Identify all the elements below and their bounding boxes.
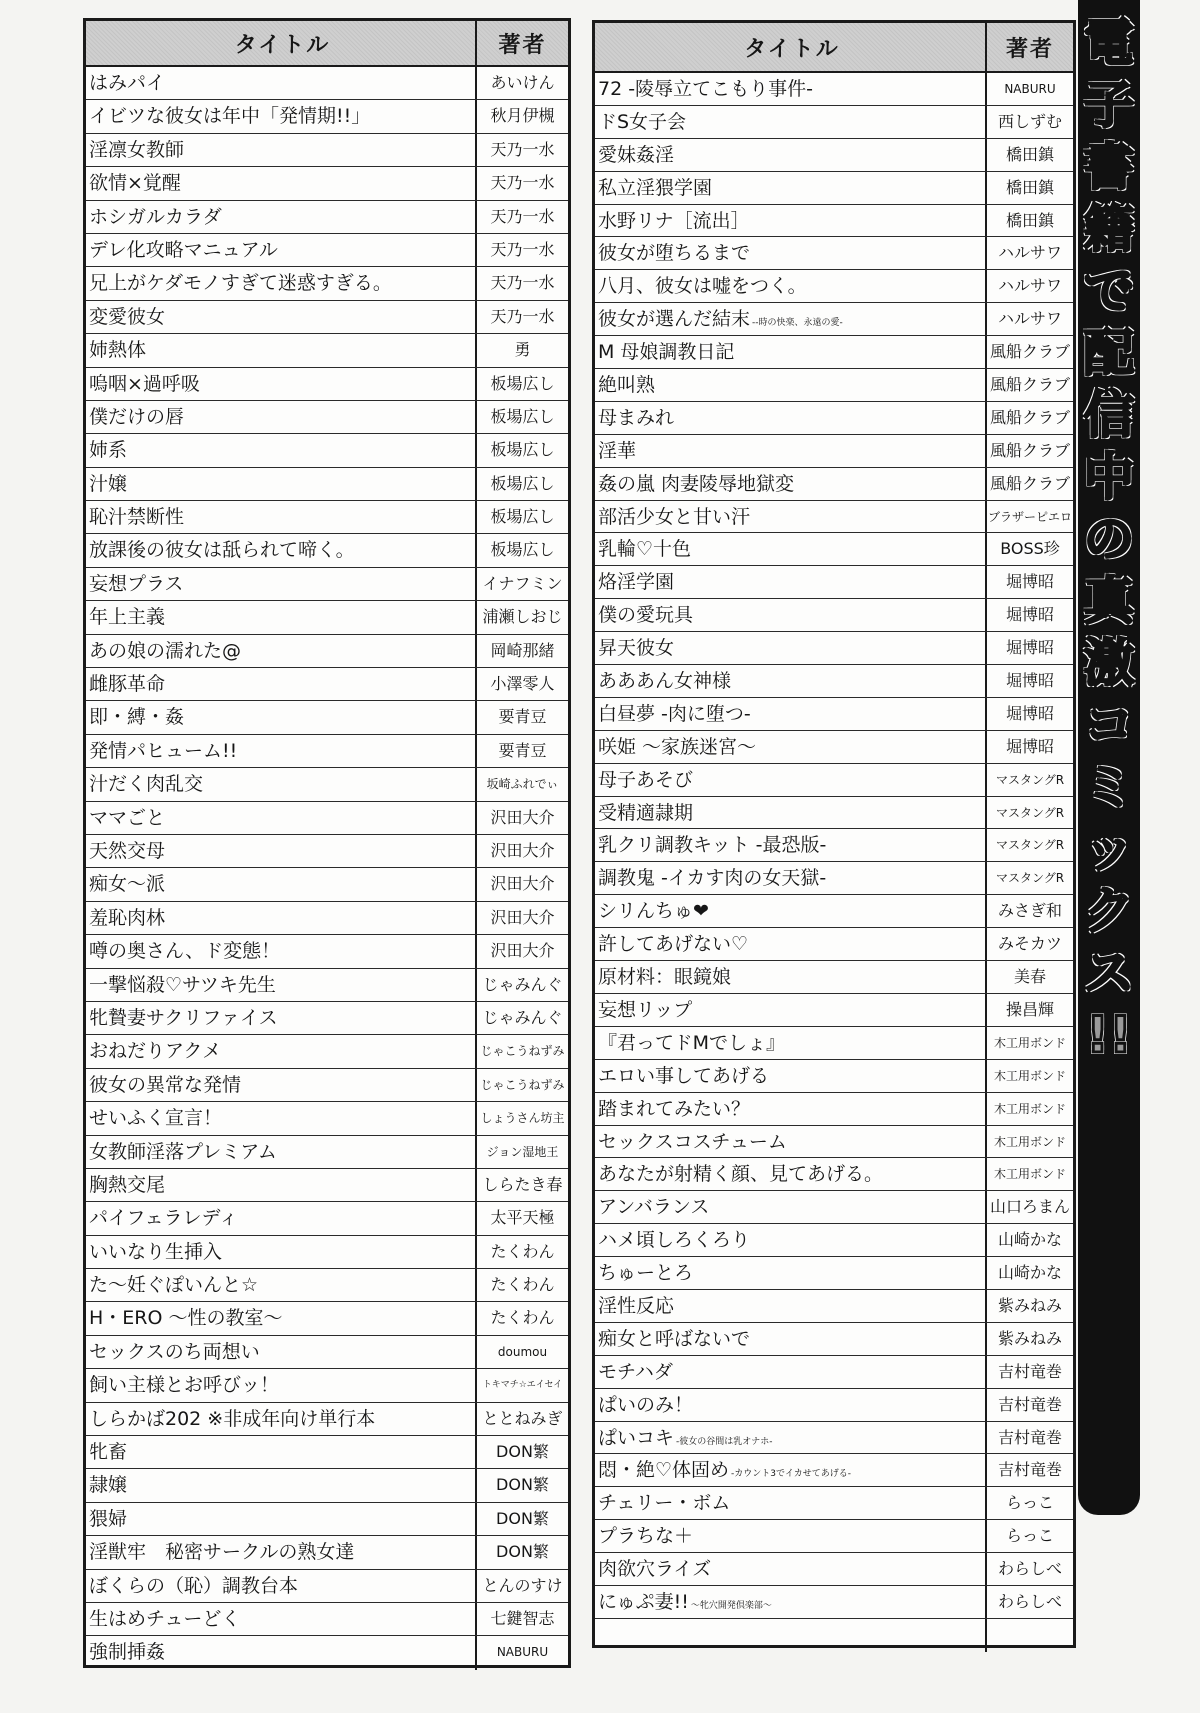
author-cell: NABURU xyxy=(475,1636,568,1669)
author-cell: ハルサワ xyxy=(985,237,1073,269)
author-cell: 吉村竜巻 xyxy=(985,1356,1073,1388)
title-cell: 牝贄妻サクリファイス xyxy=(86,1002,475,1034)
author-cell: しょうさん坊主 xyxy=(475,1102,568,1134)
title-text: 白昼夢 -肉に堕つ- xyxy=(598,703,751,725)
table-row: 原材料：眼鏡娘美春 xyxy=(595,961,1073,994)
author-cell: 山崎かな xyxy=(985,1257,1073,1289)
title-cell: シリんちゅ❤ xyxy=(595,895,985,927)
table-row: 許してあげない♡みそカツ xyxy=(595,928,1073,961)
table-row: せいふく宣言！しょうさん坊主 xyxy=(86,1102,568,1135)
title-cell: 彼女が選んだ結末--時の快楽、永遠の愛- xyxy=(595,303,985,335)
title-list-table-left: タイトル 著者 はみパイあいけんイビツな彼女は年中「発情期!!」秋月伊槻淫凛女教… xyxy=(83,18,571,1668)
table-row: プラちな＋らっこ xyxy=(595,1520,1073,1553)
title-cell: 発情パヒューム!! xyxy=(86,735,475,767)
title-cell: 痴女～派 xyxy=(86,868,475,900)
title-cell: チェリー・ボム xyxy=(595,1487,985,1519)
title-cell: おねだりアクメ xyxy=(86,1035,475,1067)
title-text: はみパイ xyxy=(89,72,165,94)
table-row: 僕の愛玩具堀博昭 xyxy=(595,599,1073,632)
table-row: 牝贄妻サクリファイスじゃみんぐ xyxy=(86,1002,568,1035)
title-text: 妄想プラス xyxy=(89,573,183,595)
author-cell: 山口ろまん xyxy=(985,1191,1073,1223)
title-text: モチハダ xyxy=(598,1361,673,1383)
table-row xyxy=(595,1619,1073,1652)
author-cell: ととねみぎ xyxy=(475,1403,568,1435)
table-row: 淫凛女教師天乃一水 xyxy=(86,134,568,167)
table-row: にゅぷ妻!!～牝穴開発倶楽部～わらしべ xyxy=(595,1586,1073,1619)
author-cell: 七鍵智志 xyxy=(475,1603,568,1635)
title-text: いいなり生挿入 xyxy=(89,1241,222,1263)
author-cell: トキマチ☆エイセイ xyxy=(475,1369,568,1401)
title-text: ぼくらの（恥）調教台本 xyxy=(89,1575,298,1597)
table-row: 部活少女と甘い汗ブラザーピエロ xyxy=(595,501,1073,534)
title-text: 姉熱体 xyxy=(89,339,146,361)
table-row: 痴女～派沢田大介 xyxy=(86,868,568,901)
title-cell: 姦の嵐 肉妻陵辱地獄変 xyxy=(595,468,985,500)
title-text: ドS女子会 xyxy=(598,111,686,133)
title-text: 八月、彼女は嘘をつく。 xyxy=(598,275,807,297)
title-cell: 『君ってドMでしょ』 xyxy=(595,1027,985,1059)
title-cell: 強制挿姦 xyxy=(86,1636,475,1669)
title-text: セックスコスチューム xyxy=(598,1131,787,1153)
author-cell: 沢田大介 xyxy=(475,935,568,967)
table-row: 姉熱体勇 xyxy=(86,334,568,367)
title-cell: モチハダ xyxy=(595,1356,985,1388)
title-cell: 部活少女と甘い汗 xyxy=(595,501,985,533)
title-cell: セックスのち両想い xyxy=(86,1336,475,1368)
title-text: 許してあげない♡ xyxy=(598,933,748,955)
table-row: 飼い主様とお呼びッ！トキマチ☆エイセイ xyxy=(86,1369,568,1402)
table-row: 彼女が堕ちるまでハルサワ xyxy=(595,237,1073,270)
author-cell: 板場広し xyxy=(475,534,568,566)
author-cell: 橋田鎮 xyxy=(985,172,1073,204)
title-text: 放課後の彼女は舐られて啼く。 xyxy=(89,539,355,561)
title-cell: ぱいコキ-彼女の谷間は乳オナホ- xyxy=(595,1422,985,1454)
title-cell xyxy=(595,1619,985,1652)
title-cell: 胸熱交尾 xyxy=(86,1169,475,1201)
author-cell: 山崎かな xyxy=(985,1224,1073,1256)
title-cell: あなたが射精く顔、見てあげる。 xyxy=(595,1158,985,1190)
table-row: 雌豚革命小澤零人 xyxy=(86,668,568,701)
table-row: セックスコスチューム木工用ボンド xyxy=(595,1126,1073,1159)
title-text: イビツな彼女は年中「発情期!!」 xyxy=(89,105,370,127)
table-row: 一撃悩殺♡サツキ先生じゃみんぐ xyxy=(86,969,568,1002)
title-cell: あああん女神様 xyxy=(595,665,985,697)
title-text: 痴女と呼ばないで xyxy=(598,1328,750,1350)
title-text: 猥婦 xyxy=(89,1508,127,1530)
title-text: 悶・絶♡体固め xyxy=(598,1459,729,1481)
title-text: 淫華 xyxy=(598,440,636,462)
title-cell: にゅぷ妻!!～牝穴開発倶楽部～ xyxy=(595,1586,985,1618)
title-text: 乳クリ調教キット -最恐版- xyxy=(598,834,826,856)
author-cell: 操昌輝 xyxy=(985,994,1073,1026)
author-cell: 天乃一水 xyxy=(475,134,568,166)
title-text: 天然交母 xyxy=(89,840,165,862)
title-cell: ぼくらの（恥）調教台本 xyxy=(86,1570,475,1602)
author-cell: 美春 xyxy=(985,961,1073,993)
title-text: 淫凛女教師 xyxy=(89,139,184,161)
table-row: シリんちゅ❤みさぎ和 xyxy=(595,895,1073,928)
title-text: 部活少女と甘い汗 xyxy=(598,506,750,528)
title-cell: 原材料：眼鏡娘 xyxy=(595,961,985,993)
title-cell: しらかば202 ※非成年向け単行本 xyxy=(86,1403,475,1435)
table-row: ママごと沢田大介 xyxy=(86,802,568,835)
author-cell: じゃみんぐ xyxy=(475,1002,568,1034)
table-row: 淫獣牢 秘密サークルの熟女達DON繁 xyxy=(86,1536,568,1569)
table-row: あの娘の濡れた@岡崎那緒 xyxy=(86,635,568,668)
title-text: 受精適隷期 xyxy=(598,802,693,824)
author-cell: DON繁 xyxy=(475,1503,568,1535)
table-row: 胸熱交尾しらたき春 xyxy=(86,1169,568,1202)
table-row: ちゅーとろ山崎かな xyxy=(595,1257,1073,1290)
table-row: 姦の嵐 肉妻陵辱地獄変風船クラブ xyxy=(595,468,1073,501)
author-cell: 橋田鎮 xyxy=(985,139,1073,171)
author-cell: 木工用ボンド xyxy=(985,1126,1073,1158)
author-cell: ブラザーピエロ xyxy=(985,501,1073,533)
title-text: 兄上がケダモノすぎて迷惑すぎる。 xyxy=(89,272,392,294)
title-cell: 兄上がケダモノすぎて迷惑すぎる。 xyxy=(86,267,475,299)
author-cell: マスタングR xyxy=(985,862,1073,894)
title-text: デレ化攻略マニュアル xyxy=(89,239,278,261)
title-text: 僕の愛玩具 xyxy=(598,604,693,626)
title-cell: 踏まれてみたい？ xyxy=(595,1093,985,1125)
author-cell: 紫みねみ xyxy=(985,1323,1073,1355)
table-row: 八月、彼女は嘘をつく。ハルサワ xyxy=(595,270,1073,303)
title-text: 牝贄妻サクリファイス xyxy=(89,1007,278,1029)
subtitle-text: --時の快楽、永遠の愛- xyxy=(752,318,843,328)
author-cell: 堀博昭 xyxy=(985,599,1073,631)
author-cell: 沢田大介 xyxy=(475,868,568,900)
table-row: 痴女と呼ばないで紫みねみ xyxy=(595,1323,1073,1356)
author-cell: 秋月伊槻 xyxy=(475,100,568,132)
banner-glyph: コ xyxy=(1084,698,1134,756)
author-cell: 板場広し xyxy=(475,501,568,533)
title-text: 一撃悩殺♡サツキ先生 xyxy=(89,974,276,996)
title-cell: 汁嬢 xyxy=(86,468,475,500)
title-cell: アンバランス xyxy=(595,1191,985,1223)
author-cell: みさぎ和 xyxy=(985,895,1073,927)
title-cell: 猥婦 xyxy=(86,1503,475,1535)
column-header-author: 著者 xyxy=(475,21,568,65)
table-row: 姉系板場広し xyxy=(86,434,568,467)
author-cell: らっこ xyxy=(985,1520,1073,1552)
title-text: 絶叫熟 xyxy=(598,374,655,396)
banner-glyph: 真 xyxy=(1084,574,1134,632)
author-cell: 西しずむ xyxy=(985,106,1073,138)
table-row: モチハダ吉村竜巻 xyxy=(595,1356,1073,1389)
title-text: ちゅーとろ xyxy=(598,1262,693,1284)
title-cell: 許してあげない♡ xyxy=(595,928,985,960)
column-header-title: タイトル xyxy=(86,21,475,65)
author-cell: 天乃一水 xyxy=(475,234,568,266)
title-text: 愛妹姦淫 xyxy=(598,144,674,166)
author-cell: 浦瀬しおじ xyxy=(475,601,568,633)
title-cell: 汁だく肉乱交 xyxy=(86,768,475,800)
author-cell: 木工用ボンド xyxy=(985,1027,1073,1059)
author-cell: ジョン湿地王 xyxy=(475,1136,568,1168)
title-text: ハメ頃しろくろり xyxy=(598,1229,750,1251)
title-cell: 一撃悩殺♡サツキ先生 xyxy=(86,969,475,1001)
author-cell: 沢田大介 xyxy=(475,802,568,834)
title-cell: 母子あそび xyxy=(595,764,985,796)
table-row: 烙淫学園堀博昭 xyxy=(595,566,1073,599)
title-text: 肉欲穴ライズ xyxy=(598,1558,711,1580)
banner-glyph: 子 xyxy=(1084,78,1134,136)
author-cell: たくわん xyxy=(475,1269,568,1301)
title-text: パイフェラレディ xyxy=(89,1207,238,1229)
table-row: ホシガルカラダ天乃一水 xyxy=(86,201,568,234)
subtitle-text: -カウント3でイカせてあげる- xyxy=(731,1469,851,1479)
table-row: 水野リナ［流出］橋田鎮 xyxy=(595,205,1073,238)
banner-glyph: 信 xyxy=(1084,388,1134,446)
title-cell: M 母娘調教日記 xyxy=(595,336,985,368)
author-cell: 木工用ボンド xyxy=(985,1158,1073,1190)
banner-glyph: 書 xyxy=(1084,140,1134,198)
author-cell: イナフミン xyxy=(475,568,568,600)
author-cell: 木工用ボンド xyxy=(985,1093,1073,1125)
title-cell: 欲情×覚醒 xyxy=(86,167,475,199)
banner-glyph: ミ xyxy=(1084,760,1134,818)
title-text: プラちな＋ xyxy=(598,1525,693,1547)
table-row: 牝畜DON繁 xyxy=(86,1436,568,1469)
title-cell: エロい事してあげる xyxy=(595,1060,985,1092)
table-row: デレ化攻略マニュアル天乃一水 xyxy=(86,234,568,267)
title-text: 妄想リップ xyxy=(598,999,692,1021)
table-row: 72 -陵辱立てこもり事件-NABURU xyxy=(595,73,1073,106)
author-cell: 風船クラブ xyxy=(985,336,1073,368)
table-row: チェリー・ボムらっこ xyxy=(595,1487,1073,1520)
table-row: ぱいのみ！吉村竜巻 xyxy=(595,1389,1073,1422)
title-text: 欲情×覚醒 xyxy=(89,172,181,194)
title-text: 原材料：眼鏡娘 xyxy=(598,966,731,988)
author-cell: doumou xyxy=(475,1336,568,1368)
title-cell: ママごと xyxy=(86,802,475,834)
table-row: 妄想リップ操昌輝 xyxy=(595,994,1073,1027)
title-cell: 受精適隷期 xyxy=(595,797,985,829)
table-row: ぱいコキ-彼女の谷間は乳オナホ-吉村竜巻 xyxy=(595,1422,1073,1455)
title-text: 彼女の異常な発情 xyxy=(89,1074,241,1096)
title-text: ぱいコキ xyxy=(598,1427,674,1449)
title-text: ぱいのみ！ xyxy=(598,1394,693,1416)
title-text: ホシガルカラダ xyxy=(89,206,222,228)
table-row: 母まみれ風船クラブ xyxy=(595,402,1073,435)
author-cell: 要青豆 xyxy=(475,701,568,733)
author-cell: 堀博昭 xyxy=(985,632,1073,664)
table-row: 『君ってドMでしょ』木工用ボンド xyxy=(595,1027,1073,1060)
title-text: 噂の奥さん、ド変態！ xyxy=(89,940,280,962)
author-cell: 要青豆 xyxy=(475,735,568,767)
title-text: 牝畜 xyxy=(89,1441,127,1463)
author-cell: 天乃一水 xyxy=(475,267,568,299)
title-text: た～妊ぐぽいんと☆ xyxy=(89,1274,258,1296)
table-row: いいなり生挿入たくわん xyxy=(86,1236,568,1269)
title-text: M 母娘調教日記 xyxy=(598,341,734,363)
title-cell: ドS女子会 xyxy=(595,106,985,138)
title-text: シリんちゅ❤ xyxy=(598,900,709,922)
table-row: 母子あそびマスタングR xyxy=(595,764,1073,797)
banner-glyph: 中 xyxy=(1084,450,1134,508)
author-cell: 吉村竜巻 xyxy=(985,1422,1073,1454)
table-row: ドS女子会西しずむ xyxy=(595,106,1073,139)
title-text: 僕だけの唇 xyxy=(89,406,184,428)
table-row: 絶叫熟風船クラブ xyxy=(595,369,1073,402)
title-text: にゅぷ妻!! xyxy=(598,1591,689,1613)
title-cell: 生はめチューどく xyxy=(86,1603,475,1635)
title-cell: 昇天彼女 xyxy=(595,632,985,664)
title-cell: 妄想プラス xyxy=(86,568,475,600)
table-body: はみパイあいけんイビツな彼女は年中「発情期!!」秋月伊槻淫凛女教師天乃一水欲情×… xyxy=(86,67,568,1670)
author-cell: DON繁 xyxy=(475,1536,568,1568)
author-cell: わらしべ xyxy=(985,1553,1073,1585)
table-row: 猥婦DON繁 xyxy=(86,1503,568,1536)
title-text: しらかば202 ※非成年向け単行本 xyxy=(89,1408,375,1430)
author-cell: ハルサワ xyxy=(985,303,1073,335)
title-text: 汁だく肉乱交 xyxy=(89,773,203,795)
title-cell: 彼女の異常な発情 xyxy=(86,1069,475,1101)
author-cell: らっこ xyxy=(985,1487,1073,1519)
title-cell: セックスコスチューム xyxy=(595,1126,985,1158)
title-text: 隷嬢 xyxy=(89,1474,127,1496)
author-cell: しらたき春 xyxy=(475,1169,568,1201)
title-cell: 淫性反応 xyxy=(595,1290,985,1322)
table-row: あああん女神様堀博昭 xyxy=(595,665,1073,698)
author-cell: とんのすけ xyxy=(475,1570,568,1602)
title-cell: プラちな＋ xyxy=(595,1520,985,1552)
table-row: 白昼夢 -肉に堕つ-堀博昭 xyxy=(595,698,1073,731)
title-cell: 私立淫猥学園 xyxy=(595,172,985,204)
banner-glyph: 配 xyxy=(1084,326,1134,384)
title-text: 烙淫学園 xyxy=(598,571,674,593)
table-row: 汁嬢板場広し xyxy=(86,468,568,501)
author-cell: 紫みねみ xyxy=(985,1290,1073,1322)
table-row: あなたが射精く顔、見てあげる。木工用ボンド xyxy=(595,1158,1073,1191)
title-text: 羞恥肉林 xyxy=(89,907,165,929)
author-cell: 板場広し xyxy=(475,401,568,433)
banner-glyph: 電 xyxy=(1084,16,1134,74)
title-text: 水野リナ［流出］ xyxy=(598,210,750,232)
banner-glyph: 籍 xyxy=(1084,202,1134,260)
table-row: 兄上がケダモノすぎて迷惑すぎる。天乃一水 xyxy=(86,267,568,300)
table-row: M 母娘調教日記風船クラブ xyxy=(595,336,1073,369)
title-cell: 牝畜 xyxy=(86,1436,475,1468)
author-cell: みそカツ xyxy=(985,928,1073,960)
table-row: 悶・絶♡体固め-カウント3でイカせてあげる-吉村竜巻 xyxy=(595,1454,1073,1487)
table-row: 私立淫猥学園橋田鎮 xyxy=(595,172,1073,205)
title-text: 彼女が選んだ結末 xyxy=(598,308,750,330)
table-row: 乳クリ調教キット -最恐版-マスタングR xyxy=(595,829,1073,862)
title-cell: 姉熱体 xyxy=(86,334,475,366)
author-cell: 天乃一水 xyxy=(475,301,568,333)
table-row: 僕だけの唇板場広し xyxy=(86,401,568,434)
table-row: 天然交母沢田大介 xyxy=(86,835,568,868)
title-text: 女教師淫落プレミアム xyxy=(89,1141,277,1163)
title-cell: 隷嬢 xyxy=(86,1469,475,1501)
title-text: チェリー・ボム xyxy=(598,1492,730,1514)
title-text: セックスのち両想い xyxy=(89,1341,260,1363)
author-cell: 木工用ボンド xyxy=(985,1060,1073,1092)
author-cell: 天乃一水 xyxy=(475,201,568,233)
table-row: 嗚咽×過呼吸板場広し xyxy=(86,368,568,401)
title-cell: 痴女と呼ばないで xyxy=(595,1323,985,1355)
author-cell: 風船クラブ xyxy=(985,468,1073,500)
banner-glyph: で xyxy=(1084,264,1134,322)
title-cell: はみパイ xyxy=(86,67,475,99)
author-cell: 天乃一水 xyxy=(475,167,568,199)
author-cell: 風船クラブ xyxy=(985,369,1073,401)
banner-glyph: ク xyxy=(1084,884,1134,942)
title-text: 嗚咽×過呼吸 xyxy=(89,373,200,395)
table-row: 踏まれてみたい？木工用ボンド xyxy=(595,1093,1073,1126)
title-text: 姦の嵐 肉妻陵辱地獄変 xyxy=(598,473,794,495)
table-row: 彼女が選んだ結末--時の快楽、永遠の愛-ハルサワ xyxy=(595,303,1073,336)
banner-glyph: !! xyxy=(1086,1008,1132,1066)
title-cell: 羞恥肉林 xyxy=(86,902,475,934)
title-cell: 愛妹姦淫 xyxy=(595,139,985,171)
author-cell: たくわん xyxy=(475,1302,568,1334)
table-row: 受精適隷期マスタングR xyxy=(595,797,1073,830)
author-cell: 板場広し xyxy=(475,368,568,400)
title-text: 胸熱交尾 xyxy=(89,1174,165,1196)
author-cell: じゃみんぐ xyxy=(475,969,568,1001)
title-text: せいふく宣言！ xyxy=(89,1107,222,1129)
author-cell: 橋田鎮 xyxy=(985,205,1073,237)
table-row: エロい事してあげる木工用ボンド xyxy=(595,1060,1073,1093)
title-cell: 天然交母 xyxy=(86,835,475,867)
title-cell: 白昼夢 -肉に堕つ- xyxy=(595,698,985,730)
author-cell: わらしべ xyxy=(985,1586,1073,1618)
title-text: 年上主義 xyxy=(89,606,165,628)
title-cell: 母まみれ xyxy=(595,402,985,434)
table-row: 恥汁禁断性板場広し xyxy=(86,501,568,534)
table-row: 淫性反応紫みねみ xyxy=(595,1290,1073,1323)
title-cell: 淫凛女教師 xyxy=(86,134,475,166)
table-row: ハメ頃しろくろり山崎かな xyxy=(595,1224,1073,1257)
title-cell: ちゅーとろ xyxy=(595,1257,985,1289)
author-cell: 太平天極 xyxy=(475,1202,568,1234)
banner-glyph: ス xyxy=(1084,946,1134,1004)
title-cell: デレ化攻略マニュアル xyxy=(86,234,475,266)
title-cell: 変愛彼女 xyxy=(86,301,475,333)
table-row: 愛妹姦淫橋田鎮 xyxy=(595,139,1073,172)
title-cell: 乳クリ調教キット -最恐版- xyxy=(595,829,985,861)
table-row: H・ERO ～性の教室～たくわん xyxy=(86,1302,568,1335)
title-cell: 72 -陵辱立てこもり事件- xyxy=(595,73,985,105)
table-row: 強制挿姦NABURU xyxy=(86,1636,568,1669)
title-text: 姉系 xyxy=(89,439,127,461)
author-cell: 沢田大介 xyxy=(475,902,568,934)
table-row: 欲情×覚醒天乃一水 xyxy=(86,167,568,200)
title-cell: た～妊ぐぽいんと☆ xyxy=(86,1269,475,1301)
table-row: アンバランス山口ろまん xyxy=(595,1191,1073,1224)
title-text: 飼い主様とお呼びッ！ xyxy=(89,1374,279,1396)
title-cell: 乳輪♡十色 xyxy=(595,533,985,565)
title-cell: 女教師淫落プレミアム xyxy=(86,1136,475,1168)
author-cell: マスタングR xyxy=(985,764,1073,796)
title-text: 生はめチューどく xyxy=(89,1608,240,1630)
title-text: 強制挿姦 xyxy=(89,1641,165,1663)
title-cell: 恥汁禁断性 xyxy=(86,501,475,533)
title-text: あなたが射精く顔、見てあげる。 xyxy=(598,1163,883,1185)
banner-glyph: 激 xyxy=(1084,636,1134,694)
title-text: アンバランス xyxy=(598,1196,709,1218)
title-text: 踏まれてみたい？ xyxy=(598,1098,750,1120)
table-row: 肉欲穴ライズわらしべ xyxy=(595,1553,1073,1586)
author-cell xyxy=(985,1619,1073,1652)
title-list-table-right: タイトル 著者 72 -陵辱立てこもり事件-NABURUドS女子会西しずむ愛妹姦… xyxy=(592,20,1076,1648)
title-text: 乳輪♡十色 xyxy=(598,538,691,560)
title-text: 母子あそび xyxy=(598,769,693,791)
author-cell: 吉村竜巻 xyxy=(985,1389,1073,1421)
